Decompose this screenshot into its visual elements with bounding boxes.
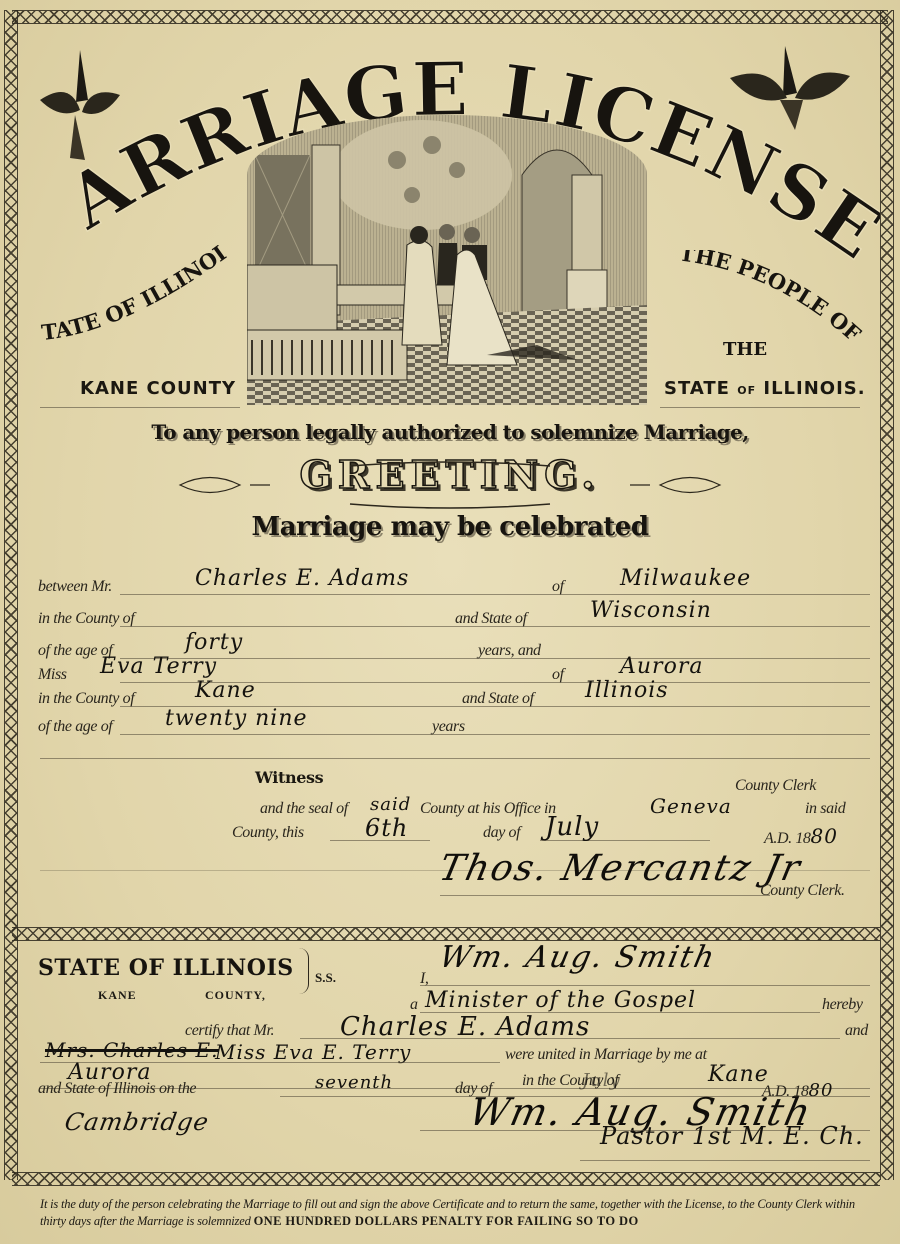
in-said-text: in said [805,800,845,818]
officiant-signature-title: Pastor 1st M. E. Ch. [600,1122,864,1150]
form-value: Wisconsin [590,598,712,623]
officiant-title-value: Minister of the Gospel [425,988,696,1013]
state-on-the-text: and State of Illinois on the [38,1080,196,1098]
form-value: Aurora [620,654,703,679]
form-value: Illinois [585,678,669,703]
form-line [120,626,870,627]
form-end-rule [40,758,870,759]
officiant-line [420,985,870,986]
brace-icon [298,948,309,994]
license-month-value: July [545,812,599,842]
form-label: Miss [38,666,67,684]
footer-instructions: It is the duty of the person celebrating… [40,1196,876,1230]
right-banner-the-text: THE [723,339,767,360]
eagle-ornament-right-icon [725,38,855,138]
kane-county-label: KANE COUNTY [80,378,236,399]
marriage-license-document: MARRIAGE LICENSE. [0,0,900,1244]
form-value: Eva Terry [100,654,217,679]
form-value: forty [185,630,243,655]
greeting-flourish-icon [170,460,730,510]
certificate-kane: KANE [98,988,137,1003]
people-of-banner: THE PEOPLE OF THE [665,250,865,370]
ad-text: A.D. 18 [764,830,811,847]
form-label: between Mr. [38,578,112,596]
day-of-text: day of [483,824,520,842]
right-banner-rule [660,407,860,408]
certificate-state-heading: STATE OF ILLINOIS [38,955,294,981]
county-this-text: County, this [232,824,304,842]
hereby-text: hereby [822,996,863,1014]
certificate-bride-value: Miss Eva E. Terry [215,1040,411,1064]
address-line: To any person legally authorized to sole… [0,420,900,444]
celebrated-subheading: Marriage may be celebrated [0,512,900,542]
certificate-county: COUNTY, [205,988,266,1003]
form-value: twenty nine [165,706,308,731]
license-day-value: 6th [365,814,408,842]
right-banner-people-text: THE PEOPLE OF [678,250,865,346]
state-of-illinois-label: STATE OF ILLINOIS. [664,378,866,399]
state-word: STATE [664,378,730,399]
ad-label: A.D. 1880 [764,824,838,848]
county-clerk-title-bottom: County Clerk. [760,882,845,900]
form-line [120,734,870,735]
state-of-illinois-banner: STATE OF ILLINOIS [30,245,240,355]
certificate-day-value: seventh [315,1072,393,1093]
form-value: Milwaukee [620,566,751,591]
county-office-text: County at his Office in [420,800,556,818]
form-value: Kane [195,678,256,703]
certificate-ss: S.S. [315,970,336,986]
seal-value: said [370,794,411,815]
illinois-word: ILLINOIS. [763,378,865,399]
left-banner-rule [40,407,240,408]
certificate-month-value: July [582,1070,621,1091]
wedding-engraving-image [247,115,647,405]
certificate-county-value: Kane [708,1062,769,1087]
county-clerk-title-top: County Clerk [735,777,816,795]
cambridge-note: Cambridge [63,1108,212,1136]
office-value: Geneva [650,794,732,818]
clerk-signature: Thos. Mercantz Jr [436,848,806,889]
left-banner-state-text: STATE OF ILLINOIS [30,245,231,345]
and-text: and [845,1022,868,1040]
form-line [120,658,870,659]
groom-line [300,1038,840,1039]
form-label: of the age of [38,718,112,736]
bottom-border [12,1172,880,1186]
witness-label: Witness [255,768,323,788]
officiant-name-value: Wm. Aug. Smith [436,940,719,975]
struck-out-name: Mrs. Charles E. [45,1038,219,1062]
title-signature-line [580,1160,870,1161]
footer-penalty-text: ONE HUNDRED DOLLARS PENALTY FOR FAILING … [254,1214,639,1228]
form-value: Charles E. Adams [195,566,409,591]
witness-text: Witness [255,768,323,787]
form-line [120,594,870,595]
seal-text: and the seal of [260,800,348,818]
certificate-divider-border [12,927,880,941]
clerk-signature-line [440,895,770,896]
united-text: were united in Marriage by me at [505,1046,707,1064]
of-word: OF [737,384,756,397]
eagle-ornament-left-icon [30,40,130,170]
license-year-value: 80 [811,824,838,848]
left-border [4,10,18,1180]
right-border [880,10,894,1180]
